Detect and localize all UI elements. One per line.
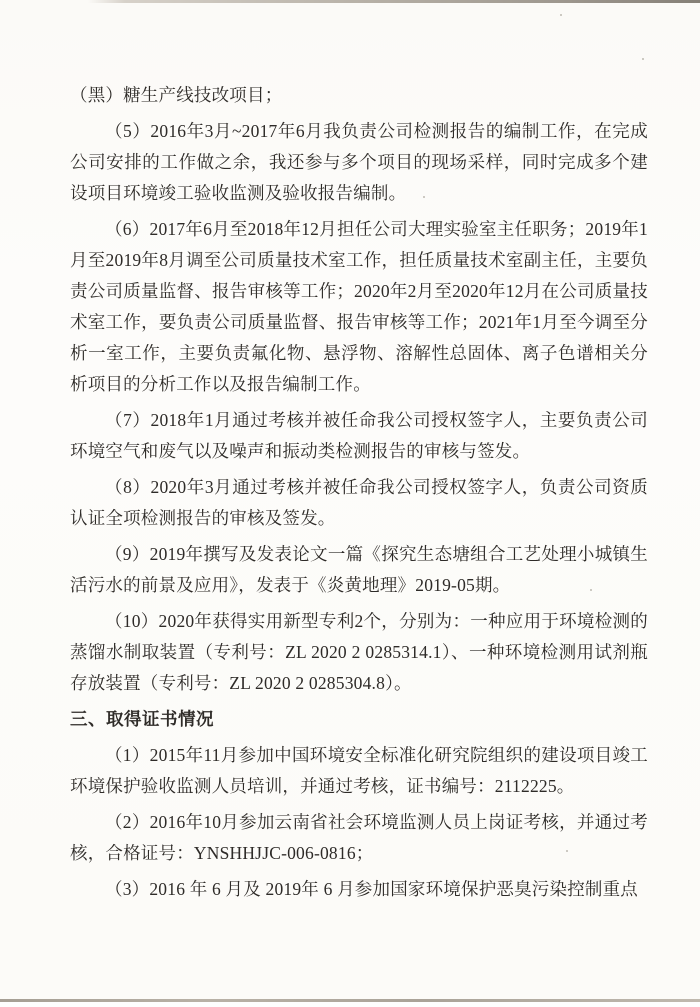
- certificate-paragraph-1: （1）2015年11月参加中国环境安全标准化研究院组织的建设项目竣工环境保护验收…: [70, 740, 648, 802]
- certificate-paragraph-2: （2）2016年10月参加云南省社会环境监测人员上岗证考核，并通过考核，合格证号…: [70, 807, 648, 869]
- document-text-block: （黑）糖生产线技改项目； （5）2016年3月~2017年6月我负责公司检测报告…: [70, 80, 648, 910]
- scan-speck: [423, 196, 425, 198]
- scan-speck: [590, 589, 592, 591]
- scan-edge-top-line: [88, 0, 700, 3]
- scan-strip-below-page: [0, 1002, 700, 1007]
- scan-speck: [566, 850, 568, 852]
- scanned-document-page: （黑）糖生产线技改项目； （5）2016年3月~2017年6月我负责公司检测报告…: [0, 0, 700, 1007]
- work-paragraph-8: （8）2020年3月通过考核并被任命我公司授权签字人，负责公司资质认证全项检测报…: [70, 472, 648, 534]
- scan-speck: [560, 14, 562, 16]
- certificate-paragraph-3: （3）2016 年 6 月及 2019年 6 月参加国家环境保护恶臭污染控制重点: [70, 874, 648, 905]
- work-paragraph-6: （6）2017年6月至2018年12月担任公司大理实验室主任职务；2019年1月…: [70, 214, 648, 400]
- scan-speck: [563, 424, 565, 426]
- work-paragraph-9: （9）2019年撰写及发表论文一篇《探究生态塘组合工艺处理小城镇生活污水的前景及…: [70, 539, 648, 601]
- continued-paragraph-line: （黑）糖生产线技改项目；: [70, 80, 648, 111]
- work-paragraph-7: （7）2018年1月通过考核并被任命我公司授权签字人，主要负责公司环境空气和废气…: [70, 405, 648, 467]
- scan-speck: [642, 58, 644, 60]
- work-paragraph-5: （5）2016年3月~2017年6月我负责公司检测报告的编制工作，在完成公司安排…: [70, 116, 648, 209]
- section-heading-certificates: 三、取得证书情况: [70, 704, 648, 735]
- work-paragraph-10: （10）2020年获得实用新型专利2个，分别为：一种应用于环境检测的蒸馏水制取装…: [70, 606, 648, 699]
